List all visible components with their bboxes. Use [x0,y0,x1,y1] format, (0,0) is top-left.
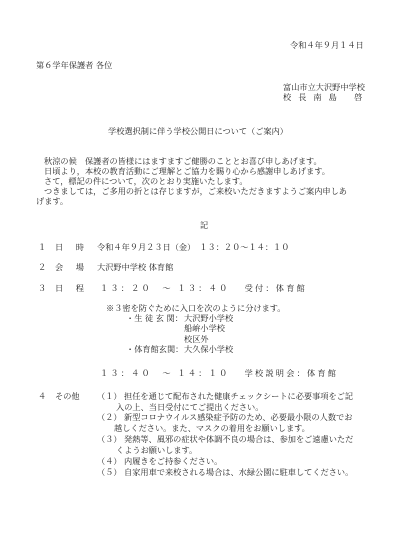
other-entry-text: 入の上、当日受付にてご提出ください。 [116,402,263,412]
entrance-label: ・体育館玄関： [126,344,183,354]
item-number: １ [38,242,46,252]
body-paragraph-cont: げます。 [36,196,68,206]
item-label: 会 場 [55,262,86,272]
other-entry-num: （３） [97,434,122,444]
other-entry-text: 越しください。また、マスクの着用をお願いします。 [114,423,310,433]
entrance-note: ※３密を防ぐために入口を次のように分けます。 [106,303,285,313]
document-title: 学校選択制に伴う学校公開日について（ご案内） [108,126,288,136]
other-entry-text: 自家用車で来校される場合は、水緑公園に駐車してください。 [124,467,353,477]
item-value: 大沢野中学校 体育館 [97,262,173,272]
second-slot: １３：４０ ～ １４：１０ 学校説明会：体育館 [100,368,338,378]
body-paragraph: つきましては，ご多用の折とは存じますが，ご来校いただきますようご案内申しあ [44,186,347,196]
body-paragraph: 日頃より，本校の教育活動にご理解とご協力を賜り心から感謝申しあげます。 [44,166,330,176]
item-number: ２ [38,262,46,272]
item-value: 令和４年９月２３日（金） １３：２０～１４：１０ [97,242,289,252]
other-entry-text: 担任を通じて配布された健康チェックシートに必要事項をご記 [124,391,353,401]
body-paragraph: さて，標記の件について，次のとおり実施いたします。 [44,176,248,186]
other-entry-text: 新型コロナウイルス感染症予防のため、必要最小限の人数でお [124,412,352,422]
other-entry-num: （５） [97,467,122,477]
greeting-paragraph: 秋涼の候 保護者の皆様にはますますご健勝のこととお喜び申しあげます。 [44,156,322,166]
item-label: 日 時 [55,242,86,252]
entrance-school: 大久保小学校 [184,344,233,354]
ki-heading: 記 [200,220,208,230]
entrance-school: 校区外 [184,334,209,344]
item-number: ３ [38,283,46,293]
sender-school: 富山市立大沢野中学校 [283,82,365,92]
other-entry-num: （４） [97,456,122,466]
sender-principal: 校 長 南 島 啓 [283,92,365,102]
other-entry-text: くようお願いします。 [116,445,197,455]
entrance-label: ・生 徒 玄 関： [126,313,183,323]
item-number: ４ [38,391,46,401]
other-entry-num: （２） [97,412,122,422]
recipient: 第６学年保護者 各位 [36,60,112,70]
document-date: 令和４年９月１４日 [290,40,364,50]
other-entry-num: （１） [97,391,122,401]
entrance-school: 船峅小学校 [184,323,225,333]
item-value: １３：２０ ～ １３：４０ 受付：体育館 [100,283,307,293]
other-entry-text: 発熱等、風邪の症状や体調不良の場合は、参加をご遠慮いただ [124,434,353,444]
other-entry-text: 内履きをご持参ください。 [124,456,222,466]
item-label: 日 程 [55,283,86,293]
entrance-school: 大沢野小学校 [184,313,233,323]
item-label: その他 [55,391,80,401]
